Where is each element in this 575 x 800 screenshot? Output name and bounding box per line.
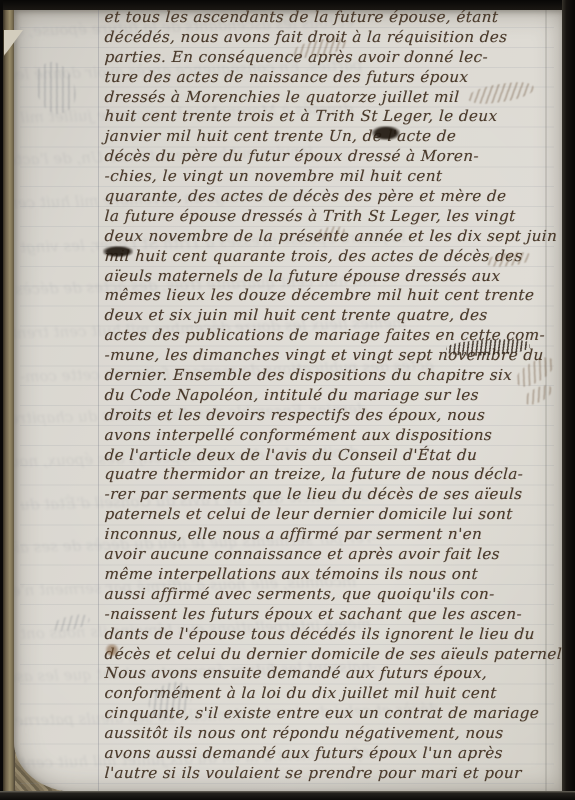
manuscript-line: même interpellations aux témoins ils nou… [104,565,561,585]
manuscript-text: et tous les ascendants de la future épou… [104,8,560,784]
manuscript-line: droits et les devoirs respectifs des épo… [104,406,561,426]
manuscript-line: et tous les ascendants de la future épou… [104,8,561,28]
manuscript-line: de l'article deux de l'avis du Conseil d… [104,446,561,466]
manuscript-line: actes des publications de mariage faites… [104,326,561,346]
manuscript-line: décès et celui du dernier domicile de se… [104,645,561,665]
manuscript-line: aussitôt ils nous ont répondu négativeme… [104,724,561,744]
scan-dark-edge-top [0,0,575,10]
manuscript-line: dants de l'épouse tous décédés ils ignor… [104,625,561,645]
manuscript-line: mêmes lieux les douze décembre mil huit … [104,286,561,306]
manuscript-line: janvier mil huit cent trente Un, de l'ac… [104,127,561,147]
manuscript-line: dressés à Morenchies le quatorze juillet… [104,88,561,108]
manuscript-line: aïeuls maternels de la future épouse dre… [104,267,561,287]
manuscript-line: décédés, nous avons fait droit à la réqu… [104,28,561,48]
manuscript-line: quarante, des actes de décès des père et… [104,187,561,207]
manuscript-line: paternels et celui de leur dernier domic… [104,505,561,525]
scan-dark-edge-left [0,0,3,800]
manuscript-line: quatre thermidor an treize, la future de… [104,465,561,485]
manuscript-line: dernier. Ensemble des dispositions du ch… [104,366,561,386]
manuscript-line: -chies, le vingt un novembre mil huit ce… [104,167,561,187]
scan-dark-edge-right [562,0,575,800]
scanned-register-page: et tous les ascendants de la future épou… [0,0,575,800]
manuscript-line: cinquante, s'il existe entre eux un cont… [104,704,561,724]
manuscript-line: parties. En conséquence après avoir donn… [104,48,561,68]
manuscript-line: du Code Napoléon, intitulé du mariage su… [104,386,561,406]
manuscript-line: aussi affirmé avec serments, que quoiqu'… [104,585,561,605]
manuscript-line: huit cent trente trois et à Trith St Leg… [104,107,561,127]
manuscript-line: inconnus, elle nous a affirmé par sermen… [104,525,561,545]
manuscript-line: avons interpellé conformément aux dispos… [104,426,561,446]
manuscript-line: deux et six juin mil huit cent trente qu… [104,306,561,326]
scan-dark-edge-bottom [0,791,575,800]
manuscript-line: deux novembre de la présente année et le… [104,227,561,247]
manuscript-line: -mune, les dimanches vingt et vingt sept… [104,346,561,366]
manuscript-line: la future épouse dressés à Trith St Lege… [104,207,561,227]
manuscript-line: Nous avons ensuite demandé aux futurs ép… [104,664,561,684]
manuscript-line: l'autre si ils voulaient se prendre pour… [104,764,561,784]
manuscript-line: avoir aucune connaissance et après avoir… [104,545,561,565]
manuscript-line: -rer par serments que le lieu du décès d… [104,485,561,505]
manuscript-line: mil huit cent quarante trois, des actes … [104,247,561,267]
manuscript-line: décès du père du futur époux dressé à Mo… [104,147,561,167]
manuscript-line: conformément à la loi du dix juillet mil… [104,684,561,704]
manuscript-line: ture des actes de naissance des futurs é… [104,68,561,88]
manuscript-line: -naissent les futurs époux et sachant qu… [104,605,561,625]
manuscript-line: avons aussi demandé aux futurs époux l'u… [104,744,561,764]
